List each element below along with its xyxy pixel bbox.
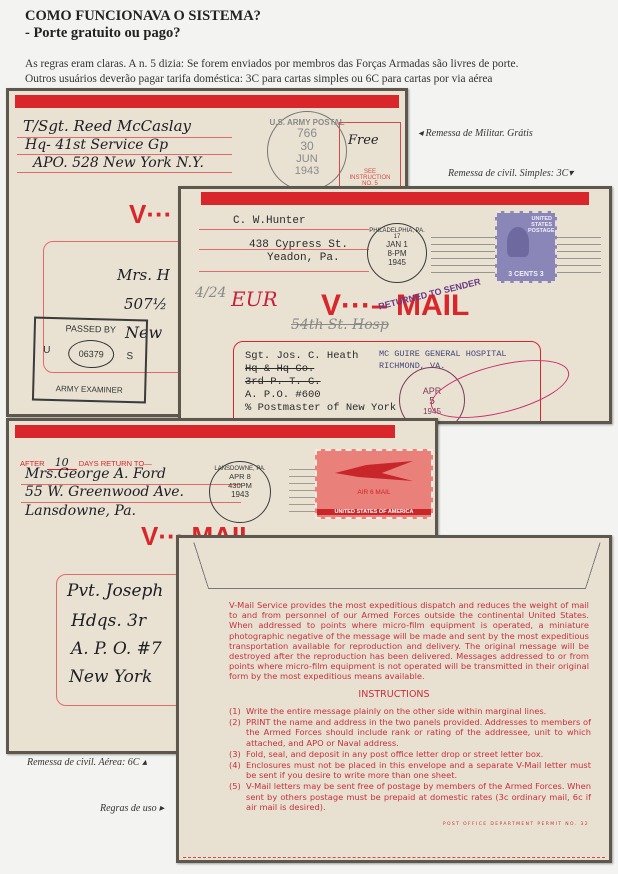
title-sub: - Porte gratuito ou pago? [25,25,261,42]
red-note: EUR [231,287,278,311]
instructions-title: INSTRUCTIONS [179,690,609,700]
sender-line-1: C. W.Hunter [233,215,306,227]
army-postmark: U.S. ARMY POSTAL 766 30 JUN 1943 [267,111,347,191]
recipient-line-1: Sgt. Jos. C. Heath [245,350,358,362]
sender-line-3: APO. 528 New York N.Y. [33,155,204,171]
sender-line-1: T/Sgt. Reed McCaslay [23,117,191,135]
intro-line-2: Outros usuários deverão pagar tarifa dom… [25,72,518,87]
recipient-line-2: 507½ [124,295,167,313]
crossed-note: 54th St. Hosp [291,317,389,333]
forward-stamp-line-1: MC GUIRE GENERAL HOSPITAL [379,349,507,359]
instruction-item: (2)PRINT the name and address in the two… [229,717,591,748]
recipient-line-5: % Postmaster of New York [245,402,396,414]
red-band [15,95,399,108]
instruction-item: (5)V-Mail letters may be sent free of po… [229,781,591,812]
caption-civil-simple: Remessa de civil. Simples: 3C▾ [448,168,573,179]
sender-line-2: Hq- 41st Service Gp [25,137,168,153]
envelope-back-instructions: V-Mail Service provides the most expedit… [176,535,612,863]
instruction-item: (4)Enclosures must not be placed in this… [229,760,591,780]
censor-stamp: PASSED BY 06379 U S ARMY EXAMINER [32,317,148,404]
recipient-line-4: New York [69,667,152,687]
recipient-line-2: Hdqs. 3r [71,611,146,631]
page-title: COMO FUNCIONAVA O SISTEMA? - Porte gratu… [25,8,261,42]
flap-edge [193,542,600,589]
lansdowne-postmark: LANSDOWNE, PA. APR 8 430PM 1943 [209,461,271,523]
pencil-note: 4/24 [195,285,226,301]
recipient-line-1: Pvt. Joseph [67,581,163,601]
intro-line-1: As regras eram claras. A n. 5 dizia: Se … [25,57,518,72]
vmail-service-text: V-Mail Service provides the most expedit… [229,600,589,682]
sender-line-1: Mrs.George A. Ford [25,466,166,482]
permit-text: POST OFFICE DEPARTMENT PERMIT NO. 32 [443,822,589,827]
sender-line-2: 55 W. Greenwood Ave. [25,484,184,500]
caption-rules: Regras de uso ▸ [100,803,164,814]
recipient-line-4: A. P.O. #600 [245,389,321,401]
intro-text: As regras eram claras. A n. 5 dizia: Se … [25,57,518,87]
recipient-line-2: Hq & Hq Co. [245,363,314,375]
philadelphia-postmark: PHILADELPHIA, PA. 17 JAN 1 8-PM 1945 [367,223,427,283]
caption-civil-air: Remessa de civil. Aérea: 6C ▴ [27,757,147,768]
vmail-logo: V··· [129,199,172,230]
sender-line-3: Yeadon, Pa. [267,252,340,264]
instruction-item: (3)Fold, seal, and deposit in any post o… [229,749,591,759]
sender-line-2: 438 Cypress St. [249,239,348,251]
sender-line-3: Lansdowne, Pa. [25,503,136,519]
free-box: Free SEE INSTRUCTION NO. 5 [339,122,401,192]
recipient-line-1: Mrs. H [117,266,170,284]
instructions-list: (1)Write the entire message plainly on t… [229,706,591,813]
recipient-line-3: 3rd P. T. C. [245,376,321,388]
caption-military: ◂ Remessa de Militar. Grátis [418,128,533,139]
postage-stamp-3c: UNITED STATES POSTAGE 3 CENTS 3 [495,211,557,283]
airmail-stamp-6c: AIR 6 MAIL UNITED STATES OF AMERICA [315,449,433,519]
recipient-line-3: A. P. O. #7 [71,639,162,659]
envelope-civil-simple: C. W.Hunter 438 Cypress St. Yeadon, Pa. … [178,186,612,424]
title-main: COMO FUNCIONAVA O SISTEMA? [25,8,261,25]
instruction-item: (1)Write the entire message plainly on t… [229,706,591,716]
